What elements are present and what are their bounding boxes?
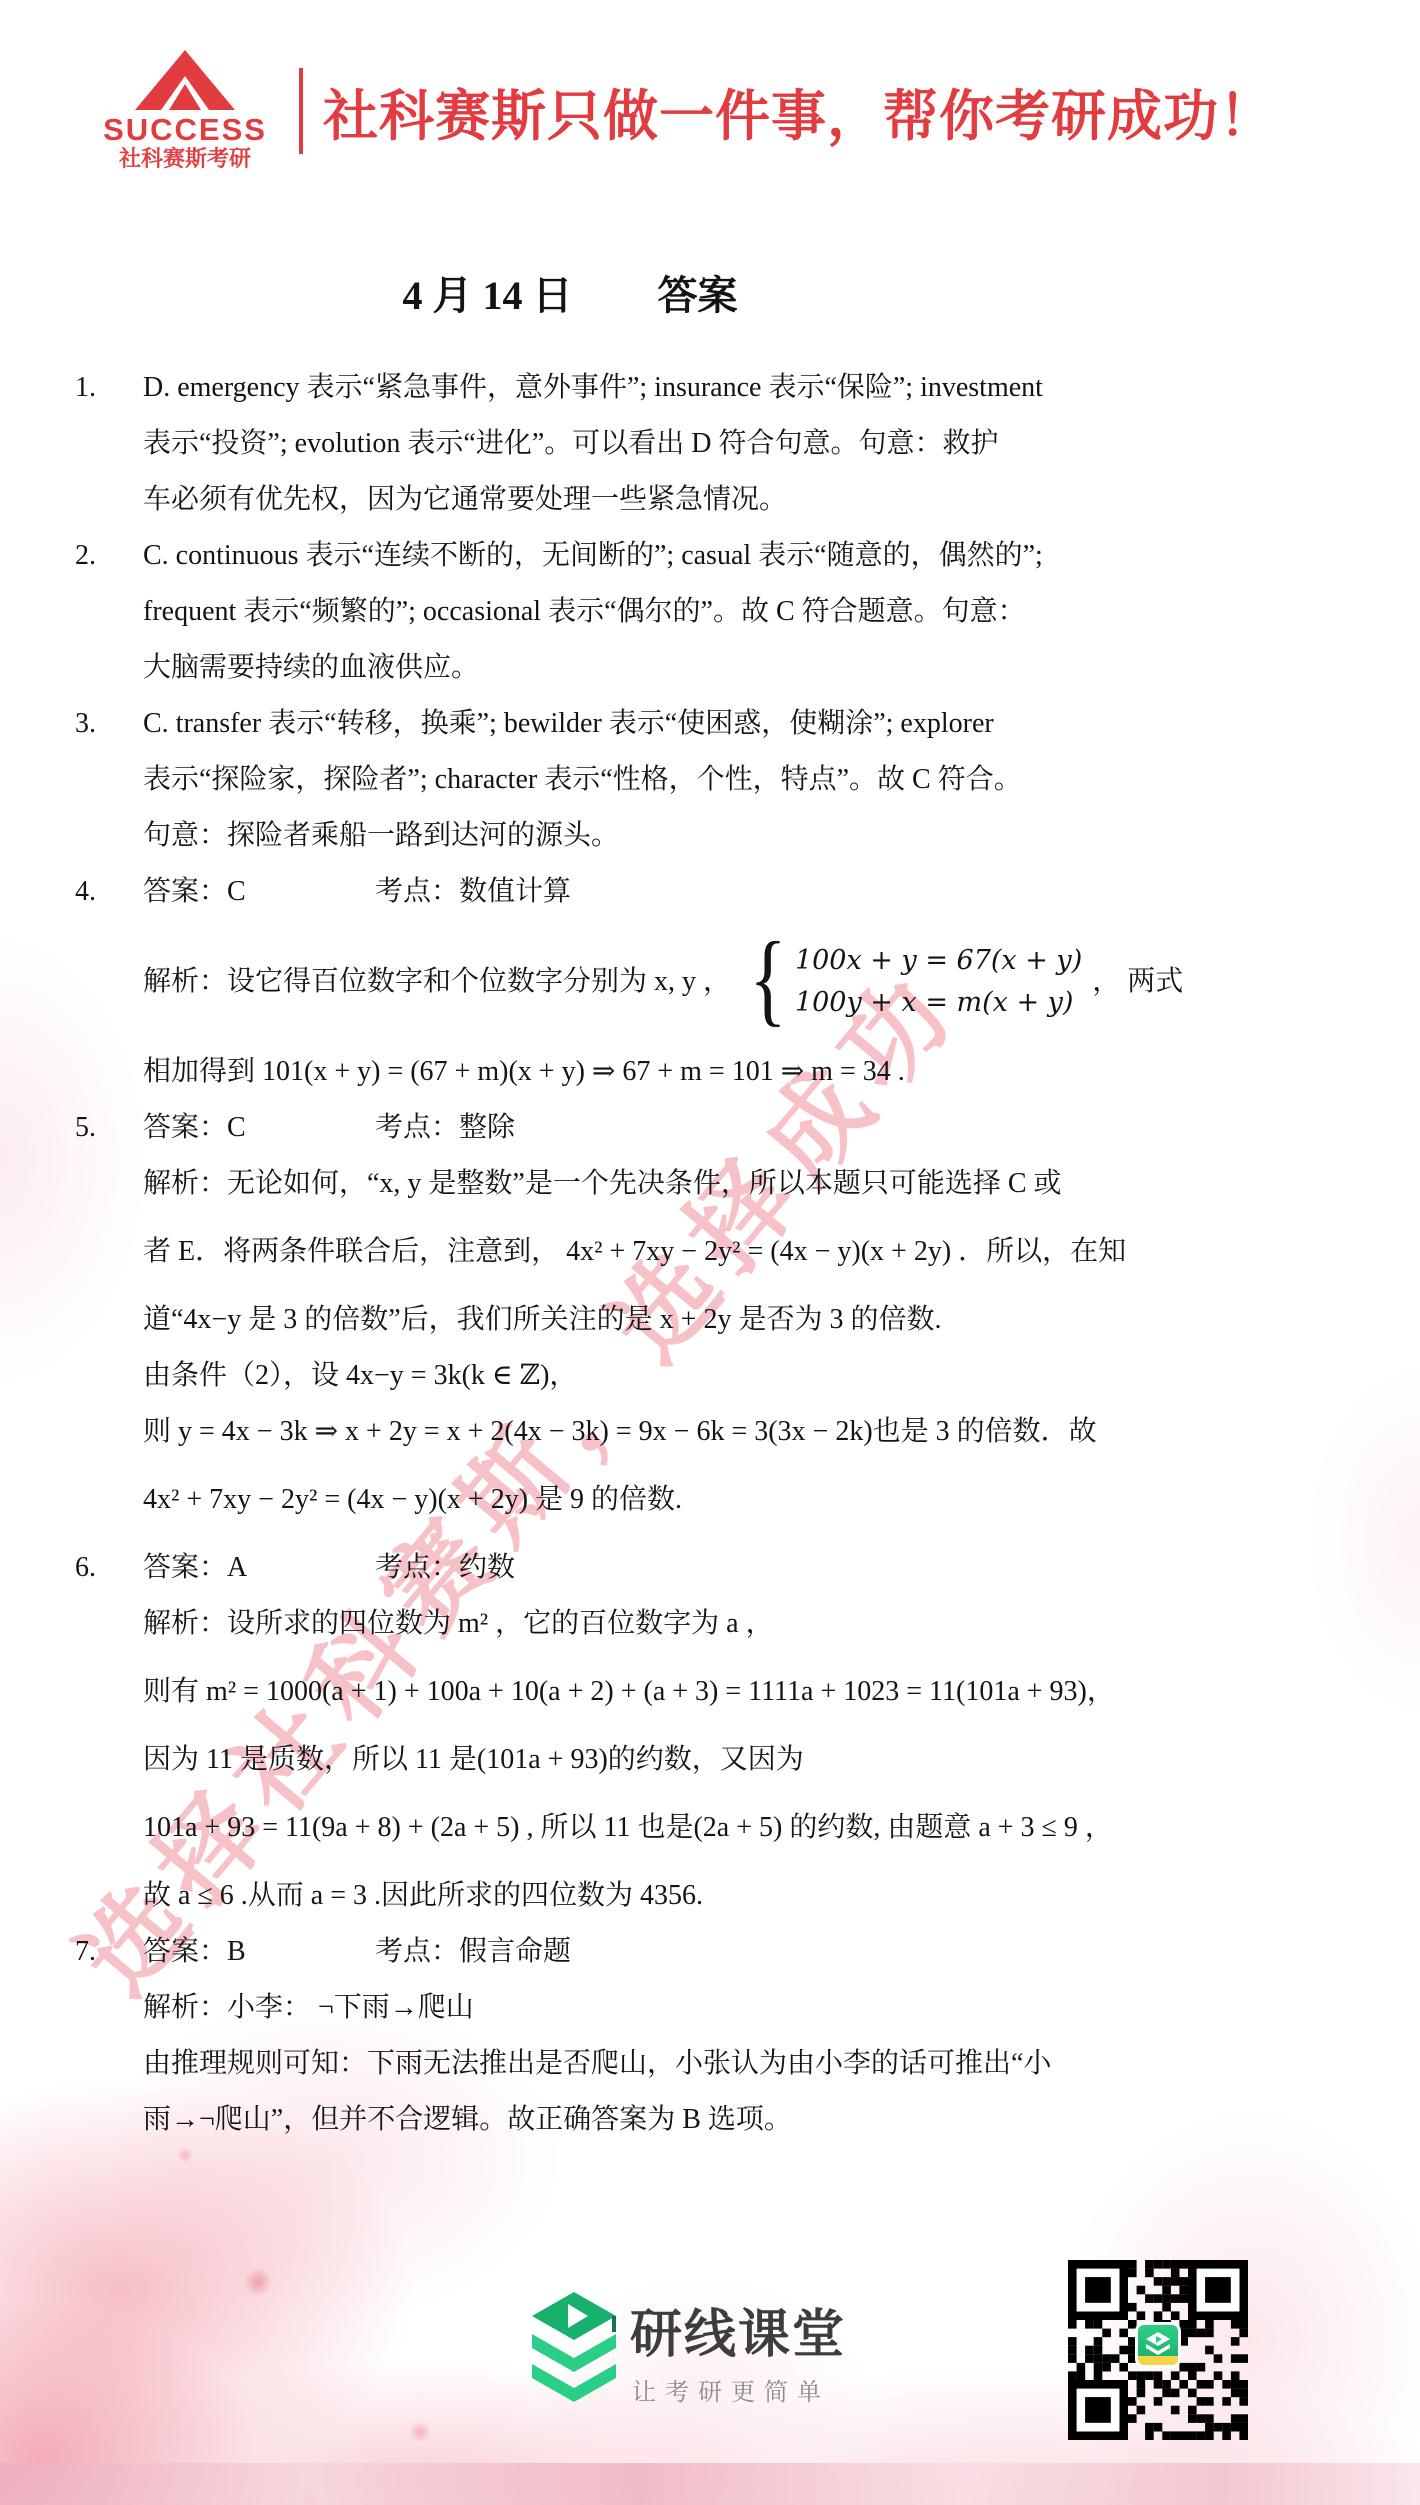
item-number: 2. [75,528,143,696]
answer-topic-row: 答案：C 考点：整除 [143,1100,1375,1156]
answer-item-2: 2. C. continuous 表示“连续不断的，无间断的”; casual … [75,528,1375,696]
text-line: 车必须有优先权，因为它通常要处理一些紧急情况。 [143,472,1375,528]
text-line: 相加得到 101(x + y) = (67 + m)(x + y) ⇒ 67 +… [143,1044,1375,1100]
topic-label: 考点：约数 [375,1540,515,1596]
text-line: 由推理规则可知：下雨无法推出是否爬山，小张认为由小李的话可推出“小 [143,2036,1375,2092]
answer-label: 答案：C [143,1112,246,1143]
text-line: 因为 11 是质数，所以 11 是(101a + 93)的约数，又因为 [143,1732,1375,1788]
answer-item-7: 7. 答案：B 考点：假言命题 解析：小李： ¬下雨→爬山 由推理规则可知：下雨… [75,1924,1375,2148]
footer-tagline: 让考研更简单 [632,2372,830,2407]
text-line: 解析：设所求的四位数为 m² ，它的百位数字为 a ， [143,1596,1375,1652]
text-line: C. transfer 表示“转移，换乘”; bewilder 表示“使困惑，使… [143,696,1375,752]
answer-label: 答案：B [143,1936,246,1967]
left-brace: { [749,927,786,1031]
header-divider [299,68,303,154]
mountain-icon [135,50,235,112]
topic-label: 考点：整除 [375,1100,515,1156]
answer-topic-row: 答案：C 考点：数值计算 [143,864,1375,920]
header-slogan: 社科赛斯只做一件事，帮你考研成功！ [323,72,1275,151]
text-line: 由条件（2），设 4x−y = 3k(k ∈ ℤ)， [143,1348,1375,1404]
page-title: 4 月 14 日答案 [0,264,1140,321]
answer-label: 答案：A [143,1552,247,1583]
text-line: 表示“投资”; evolution 表示“进化”。可以看出 D 符合句意。句意：… [143,416,1375,472]
text-line: C. continuous 表示“连续不断的，无间断的”; casual 表示“… [143,528,1375,584]
equation-system-row: 解析：设它得百位数字和个位数字分别为 x, y ， { 100x + y = 6… [143,920,1375,1044]
document-page: 选择社科赛斯，选择成功 SUCCESS 社科赛斯考研 社科赛斯只做一件事，帮你考… [0,0,1420,2505]
pink-bottom-band [0,2463,1420,2505]
item-number: 7. [75,1924,143,2148]
answer-topic-row: 答案：A 考点：约数 [143,1540,1375,1596]
text-line: 表示“探险家，探险者”; character 表示“性格，个性，特点”。故 C … [143,752,1375,808]
answer-label: 答案：C [143,876,246,907]
text-line: 句意：探险者乘船一路到达河的源头。 [143,808,1375,864]
topic-label: 考点：假言命题 [375,1924,571,1980]
answer-item-1: 1. D. emergency 表示“紧急事件，意外事件”; insurance… [75,360,1375,528]
title-date: 4 月 14 日 [403,273,573,318]
text-segment: ， 两式 [1092,954,1183,1010]
text-line: frequent 表示“频繁的”; occasional 表示“偶尔的”。故 C… [143,584,1375,640]
answer-item-6: 6. 答案：A 考点：约数 解析：设所求的四位数为 m² ，它的百位数字为 a … [75,1540,1375,1924]
answer-item-4: 4. 答案：C 考点：数值计算 解析：设它得百位数字和个位数字分别为 x, y … [75,864,1375,1100]
text-line: 解析：无论如何，“x, y 是整数”是一个先决条件，所以本题只可能选择 C 或 [143,1156,1375,1212]
success-logo: SUCCESS 社科赛斯考研 [85,50,285,172]
logo-brand-text: SUCCESS [85,114,285,146]
yanxian-books-icon [528,2292,620,2404]
text-line: 故 a ≤ 6 .从而 a = 3 .因此所求的四位数为 4356. [143,1868,1375,1924]
text-segment: 解析：设它得百位数字和个位数字分别为 x, y ， [143,954,731,1010]
answer-item-5: 5. 答案：C 考点：整除 解析：无论如何，“x, y 是整数”是一个先决条件，… [75,1100,1375,1540]
text-line: 101a + 93 = 11(9a + 8) + (2a + 5) , 所以 1… [143,1800,1375,1856]
item-number: 3. [75,696,143,864]
item-number: 4. [75,864,143,1100]
topic-label: 考点：数值计算 [375,864,571,920]
footer-logo-text: 研线课堂 [630,2292,830,2367]
qr-center-logo-icon [1135,2322,1181,2368]
answer-topic-row: 答案：B 考点：假言命题 [143,1924,1375,1980]
answer-item-3: 3. C. transfer 表示“转移，换乘”; bewilder 表示“使困… [75,696,1375,864]
equation-1: 100x + y = 67(x + y) [795,940,1082,982]
item-number: 6. [75,1540,143,1924]
text-line: D. emergency 表示“紧急事件，意外事件”; insurance 表示… [143,360,1375,416]
text-line: 者 E．将两条件联合后，注意到， 4x² + 7xy − 2y² = (4x −… [143,1224,1375,1280]
text-line: 道“4x−y 是 3 的倍数”后，我们所关注的是 x + 2y 是否为 3 的倍… [143,1292,1375,1348]
text-line: 则有 m² = 1000(a + 1) + 100a + 10(a + 2) +… [143,1664,1375,1720]
text-line: 大脑需要持续的血液供应。 [143,640,1375,696]
item-number: 1. [75,360,143,528]
text-line: 则 y = 4x − 3k ⇒ x + 2y = x + 2(4x − 3k) … [143,1404,1375,1460]
equation-system: 100x + y = 67(x + y) 100y + x = m(x + y) [795,940,1082,1024]
answer-list: 1. D. emergency 表示“紧急事件，意外事件”; insurance… [75,360,1375,2148]
text-line: 雨→¬爬山”，但并不合逻辑。故正确答案为 B 选项。 [143,2092,1375,2148]
text-line: 4x² + 7xy − 2y² = (4x − y)(x + 2y) 是 9 的… [143,1472,1375,1528]
title-word: 答案 [658,273,738,318]
header: SUCCESS 社科赛斯考研 社科赛斯只做一件事，帮你考研成功！ [85,50,1275,172]
logo-sub-text: 社科赛斯考研 [85,146,285,172]
equation-2: 100y + x = m(x + y) [795,982,1082,1024]
text-line: 解析：小李： ¬下雨→爬山 [143,1980,1375,2036]
item-number: 5. [75,1100,143,1540]
